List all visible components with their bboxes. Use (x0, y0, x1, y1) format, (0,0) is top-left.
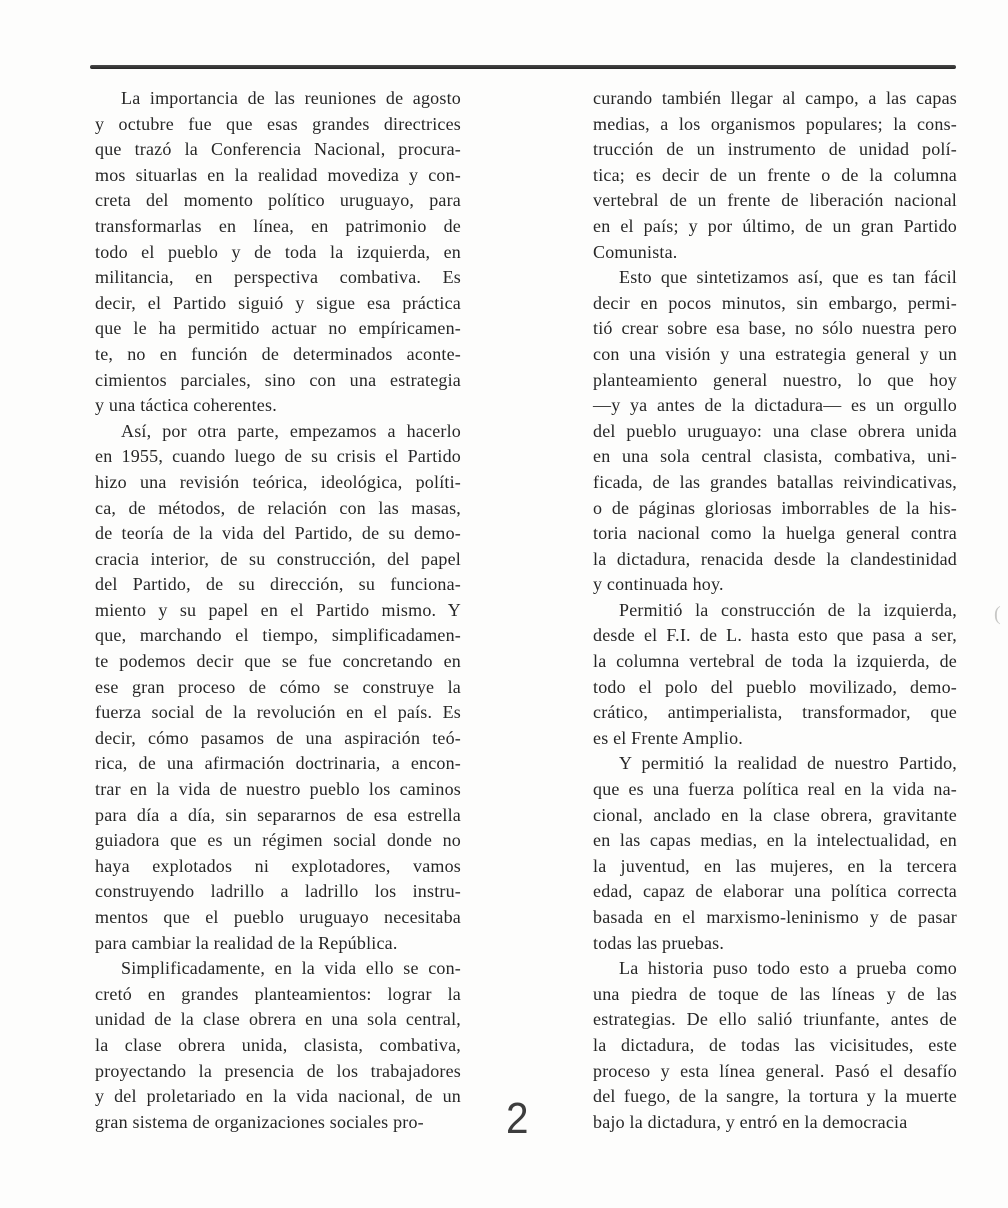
text-line: todas las pruebas. (593, 931, 957, 957)
paragraph: Así, por otra parte, empezamos a hacerlo… (95, 419, 461, 956)
text-line: ficada, de las grandes batallas reivindi… (593, 470, 957, 496)
text-line: te podemos decir que se fue concretando … (95, 649, 461, 675)
text-line: Comunista. (593, 240, 957, 266)
paragraph: Y permitió la realidad de nuestro Partid… (593, 751, 957, 956)
text-line: del Partido, de su dirección, su funcion… (95, 572, 461, 598)
text-line: haya explotados ni explotadores, vamos (95, 854, 461, 880)
text-line: fuerza social de la revolución en el paí… (95, 700, 461, 726)
text-line: te, no en función de determinados aconte… (95, 342, 461, 368)
text-line: Así, por otra parte, empezamos a hacerlo (95, 419, 461, 445)
text-line: unidad de la clase obrera en una sola ce… (95, 1007, 461, 1033)
paragraph: La importancia de las reuniones de agost… (95, 86, 461, 419)
text-line: y continuada hoy. (593, 572, 957, 598)
page-number: 2 (506, 1094, 529, 1144)
text-line: toria nacional como la huelga general co… (593, 521, 957, 547)
text-line: tica; es decir de un frente o de la colu… (593, 163, 957, 189)
text-line: vertebral de un frente de liberación nac… (593, 188, 957, 214)
text-line: la juventud, en las mujeres, en la terce… (593, 854, 957, 880)
text-line: la dictadura, renacida desde la clandest… (593, 547, 957, 573)
text-line: gran sistema de organizaciones sociales … (95, 1110, 461, 1136)
text-line: crático, antimperialista, transformador,… (593, 700, 957, 726)
right-text-column: curando también llegar al campo, a las c… (593, 86, 957, 1135)
text-line: La importancia de las reuniones de agost… (95, 86, 461, 112)
text-line: bajo la dictadura, y entró en la democra… (593, 1110, 957, 1136)
text-line: proceso y esta línea general. Pasó el de… (593, 1059, 957, 1085)
text-line: curando también llegar al campo, a las c… (593, 86, 957, 112)
text-line: que trazó la Conferencia Nacional, procu… (95, 137, 461, 163)
text-line: en una sola central clasista, combativa,… (593, 444, 957, 470)
text-line: guiadora que es un régimen social donde … (95, 828, 461, 854)
text-line: proyectando la presencia de los trabajad… (95, 1059, 461, 1085)
text-line: desde el F.I. de L. hasta esto que pasa … (593, 623, 957, 649)
text-line: que le ha permitido actuar no empíricame… (95, 316, 461, 342)
text-line: Y permitió la realidad de nuestro Partid… (593, 751, 957, 777)
top-rule-divider (90, 65, 956, 69)
text-line: la clase obrera unida, clasista, combati… (95, 1033, 461, 1059)
text-line: Simplificadamente, en la vida ello se co… (95, 956, 461, 982)
paragraph: Permitió la construcción de la izquierda… (593, 598, 957, 752)
text-line: cional, anclado en la clase obrera, grav… (593, 803, 957, 829)
scanned-page: La importancia de las reuniones de agost… (0, 0, 1008, 1208)
text-line: con una visión y una estrategia general … (593, 342, 957, 368)
text-line: todo el polo del pueblo movilizado, demo… (593, 675, 957, 701)
text-line: o de páginas gloriosas imborrables de la… (593, 496, 957, 522)
text-line: y del proletariado en la vida nacional, … (95, 1084, 461, 1110)
text-line: en 1955, cuando luego de su crisis el Pa… (95, 444, 461, 470)
text-line: medias, a los organismos populares; la c… (593, 112, 957, 138)
text-line: decir, cómo pasamos de una aspiración te… (95, 726, 461, 752)
text-line: rica, de una afirmación doctrinaria, a e… (95, 751, 461, 777)
text-line: decir en pocos minutos, sin embargo, per… (593, 291, 957, 317)
text-line: creta del momento político uruguayo, par… (95, 188, 461, 214)
text-line: La historia puso todo esto a prueba como (593, 956, 957, 982)
text-line: de teoría de la vida del Partido, de su … (95, 521, 461, 547)
text-line: es el Frente Amplio. (593, 726, 957, 752)
text-line: todo el pueblo y de toda la izquierda, e… (95, 240, 461, 266)
text-line: mentos que el pueblo uruguayo necesitaba (95, 905, 461, 931)
text-line: cracia interior, de su construcción, del… (95, 547, 461, 573)
text-line: ese gran proceso de cómo se construye la (95, 675, 461, 701)
text-line: trar en la vida de nuestro pueblo los ca… (95, 777, 461, 803)
text-line: ca, de métodos, de relación con las masa… (95, 496, 461, 522)
text-line: del pueblo uruguayo: una clase obrera un… (593, 419, 957, 445)
text-line: tió crear sobre esa base, no sólo nuestr… (593, 316, 957, 342)
paragraph: Simplificadamente, en la vida ello se co… (95, 956, 461, 1135)
scan-artifact-mark: ( (994, 603, 1001, 626)
text-line: hizo una revisión teórica, ideológica, p… (95, 470, 461, 496)
text-line: y octubre fue que esas grandes directric… (95, 112, 461, 138)
text-line: que es una fuerza política real en la vi… (593, 777, 957, 803)
text-line: basada en el marxismo-leninismo y de pas… (593, 905, 957, 931)
text-line: la dictadura, de todas las vicisitudes, … (593, 1033, 957, 1059)
left-text-column: La importancia de las reuniones de agost… (95, 86, 461, 1135)
text-line: Esto que sintetizamos así, que es tan fá… (593, 265, 957, 291)
text-line: del fuego, de la sangre, la tortura y la… (593, 1084, 957, 1110)
text-line: mos situarlas en la realidad movediza y … (95, 163, 461, 189)
text-line: decir, el Partido siguió y sigue esa prá… (95, 291, 461, 317)
paragraph: Esto que sintetizamos así, que es tan fá… (593, 265, 957, 598)
text-line: y una táctica coherentes. (95, 393, 461, 419)
text-line: para día a día, sin separarnos de esa es… (95, 803, 461, 829)
text-line: para cambiar la realidad de la República… (95, 931, 461, 957)
text-line: construyendo ladrillo a ladrillo los ins… (95, 879, 461, 905)
text-line: Permitió la construcción de la izquierda… (593, 598, 957, 624)
text-line: edad, capaz de elaborar una política cor… (593, 879, 957, 905)
text-line: —y ya antes de la dictadura— es un orgul… (593, 393, 957, 419)
text-line: en las capas medias, en la intelectualid… (593, 828, 957, 854)
text-line: estrategias. De ello salió triunfante, a… (593, 1007, 957, 1033)
text-line: trucción de un instrumento de unidad pol… (593, 137, 957, 163)
text-line: una piedra de toque de las líneas y de l… (593, 982, 957, 1008)
text-line: la columna vertebral de toda la izquierd… (593, 649, 957, 675)
paragraph: La historia puso todo esto a prueba como… (593, 956, 957, 1135)
text-line: cretó en grandes planteamientos: lograr … (95, 982, 461, 1008)
paragraph: curando también llegar al campo, a las c… (593, 86, 957, 265)
text-line: militancia, en perspectiva combativa. Es (95, 265, 461, 291)
text-line: cimientos parciales, sino con una estrat… (95, 368, 461, 394)
text-line: en el país; y por último, de un gran Par… (593, 214, 957, 240)
text-line: planteamiento general nuestro, lo que ho… (593, 368, 957, 394)
text-line: miento y su papel en el Partido mismo. Y (95, 598, 461, 624)
text-line: transformarlas en línea, en patrimonio d… (95, 214, 461, 240)
text-line: que, marchando el tiempo, simplificadame… (95, 623, 461, 649)
